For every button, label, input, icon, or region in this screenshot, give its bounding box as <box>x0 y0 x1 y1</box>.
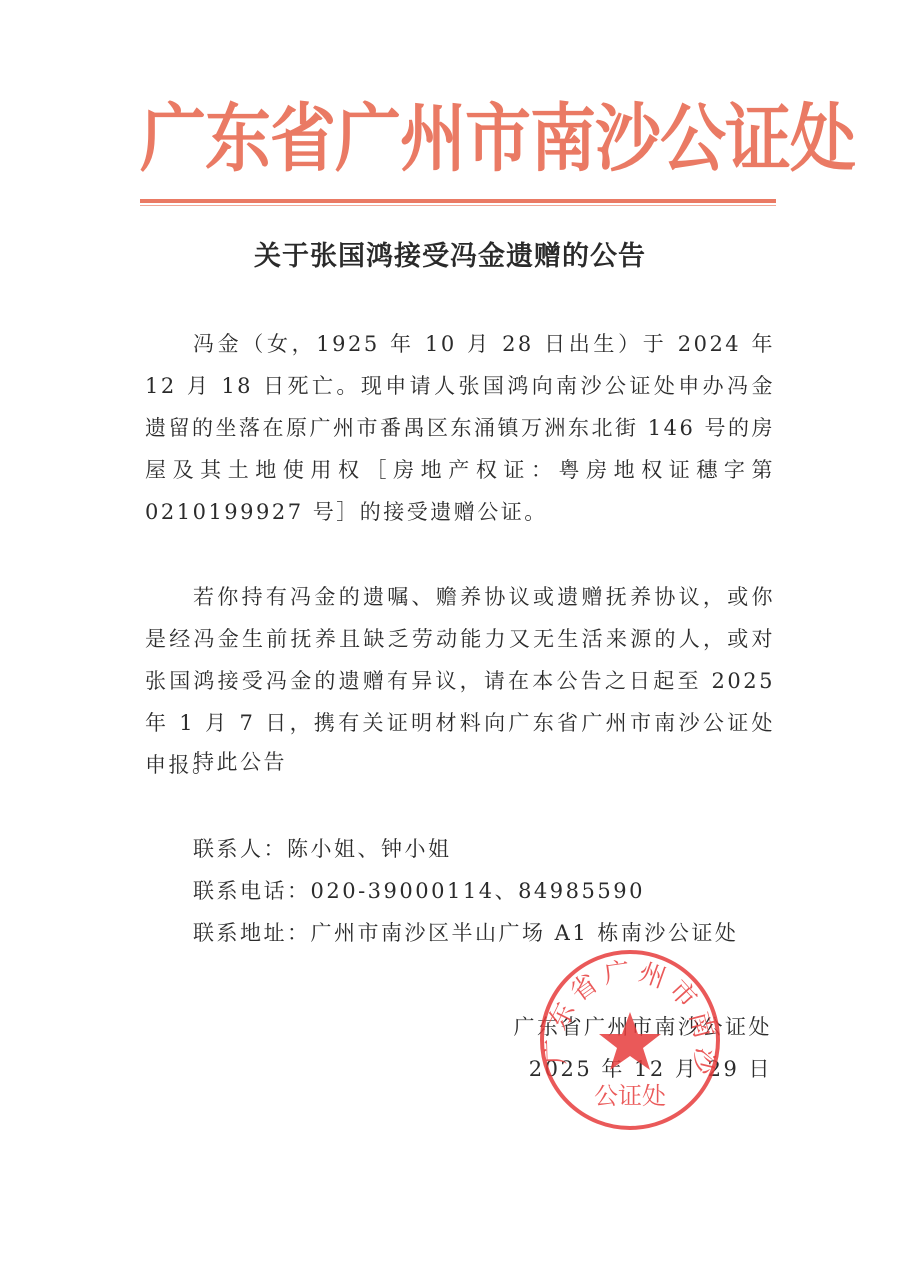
contact-phone-label: 联系电话： <box>193 879 311 903</box>
contact-phone: 联系电话：020-39000114、84985590 <box>193 870 738 912</box>
signature-org: 广东省广州市南沙公证处 <box>514 1006 773 1048</box>
contact-person-label: 联系人： <box>193 837 287 861</box>
paragraph-text: 冯金（女，1925 年 10 月 28 日出生）于 2024 年 12 月 18… <box>145 323 775 533</box>
contact-person-value: 陈小姐、钟小姐 <box>287 837 452 861</box>
contact-address-value: 广州市南沙区半山广场 A1 栋南沙公证处 <box>311 921 739 945</box>
signature-date: 2025 年 12 月 29 日 <box>514 1048 773 1090</box>
document-title: 关于张国鸿接受冯金遗赠的公告 <box>0 234 900 273</box>
contact-address-label: 联系地址： <box>193 921 311 945</box>
notice-page: 广东省广州市南沙公证处 关于张国鸿接受冯金遗赠的公告 冯金（女，1925 年 1… <box>0 0 900 1273</box>
signature-block: 广东省广州市南沙公证处 2025 年 12 月 29 日 <box>514 1006 773 1090</box>
closing-phrase: 特此公告 <box>193 746 287 776</box>
contact-person: 联系人：陈小姐、钟小姐 <box>193 828 738 870</box>
masthead-divider-thin <box>140 205 776 206</box>
masthead-divider-thick <box>140 199 776 203</box>
contact-address: 联系地址：广州市南沙区半山广场 A1 栋南沙公证处 <box>193 912 738 954</box>
contact-phone-value: 020-39000114、84985590 <box>311 879 645 903</box>
body-paragraph-1: 冯金（女，1925 年 10 月 28 日出生）于 2024 年 12 月 18… <box>145 323 775 533</box>
contact-block: 联系人：陈小姐、钟小姐 联系电话：020-39000114、84985590 联… <box>193 828 738 954</box>
masthead-org-name: 广东省广州市南沙公证处 <box>140 88 780 189</box>
